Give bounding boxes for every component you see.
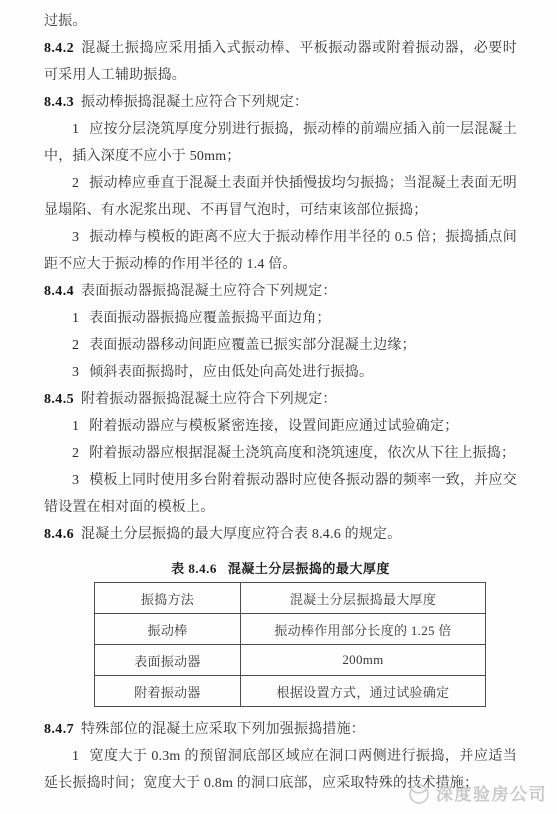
item-text: 应按分层浇筑厚度分别进行振捣，振动棒的前端应插入前一层混凝土中，插入深度不应小于… (44, 122, 517, 164)
section-text: 振动棒振捣混凝土应符合下列规定： (81, 95, 308, 110)
section-8-4-2: 8.4.2混凝土振捣应采用插入式振动棒、平板振动器或附着振动器，必要时可采用人工… (44, 35, 517, 89)
section-number: 8.4.7 (44, 722, 74, 737)
item-text: 附着振动器应根据混凝土浇筑高度和浇筑速度，依次从下往上振捣； (89, 446, 515, 461)
item-text: 附着振动器应与模板紧密连接，设置间距应通过试验确定； (89, 419, 458, 434)
item-number: 1 (72, 419, 79, 434)
clause-8-4-7-item-1: 1宽度大于 0.3m 的预留洞底部区域应在洞口两侧进行振捣，并应适当延长振捣时间… (44, 743, 517, 797)
item-text: 模板上同时使用多台附着振动器时应使各振动器的频率一致，并应交错设置在相对面的模板… (44, 473, 517, 515)
clause-8-4-5-item-2: 2附着振动器应根据混凝土浇筑高度和浇筑速度，依次从下往上振捣； (44, 440, 517, 467)
table-cell-value: 振动棒作用部分长度的 1.25 倍 (241, 614, 486, 645)
section-8-4-5: 8.4.5附着振动器振捣混凝土应符合下列规定： (44, 386, 517, 413)
table-cell-value: 根据设置方式，通过试验确定 (241, 676, 486, 707)
table-caption-title: 混凝土分层振捣的最大厚度 (228, 561, 390, 576)
table-row: 振动棒 振动棒作用部分长度的 1.25 倍 (95, 614, 486, 645)
table-caption: 表 8.4.6混凝土分层振捣的最大厚度 (44, 558, 517, 577)
section-8-4-3: 8.4.3振动棒振捣混凝土应符合下列规定： (44, 89, 517, 116)
item-text: 振动棒应垂直于混凝土表面并快插慢拔均匀振捣；当混凝土表面无明显塌陷、有水泥浆出现… (44, 176, 517, 218)
document-page: 过振。 8.4.2混凝土振捣应采用插入式振动棒、平板振动器或附着振动器，必要时可… (0, 0, 557, 814)
section-text: 混凝土分层振捣的最大厚度应符合表 8.4.6 的规定。 (81, 527, 401, 542)
item-text: 表面振动器振捣应覆盖振捣平面边角； (89, 311, 330, 326)
table-header-method: 振捣方法 (95, 583, 241, 614)
clause-8-4-4-item-1: 1表面振动器振捣应覆盖振捣平面边角； (44, 305, 517, 332)
section-text: 特殊部位的混凝土应采取下列加强振捣措施： (81, 722, 365, 737)
table-row: 附着振动器 根据设置方式，通过试验确定 (95, 676, 486, 707)
table-row: 表面振动器 200mm (95, 645, 486, 676)
item-number: 1 (72, 122, 79, 137)
section-text: 附着振动器振捣混凝土应符合下列规定： (81, 392, 337, 407)
clause-8-4-4-item-3: 3倾斜表面振捣时，应由低处向高处进行振捣。 (44, 359, 517, 386)
item-number: 2 (72, 338, 79, 353)
item-number: 3 (72, 230, 79, 245)
table-header-thickness: 混凝土分层振捣最大厚度 (241, 583, 486, 614)
section-number: 8.4.4 (44, 284, 74, 299)
item-text: 表面振动器移动间距应覆盖已振实部分混凝土边缘； (89, 338, 416, 353)
item-number: 3 (72, 365, 79, 380)
table-caption-label: 表 8.4.6 (171, 561, 217, 576)
section-text: 表面振动器振捣混凝土应符合下列规定： (81, 284, 337, 299)
section-number: 8.4.2 (44, 41, 74, 56)
table-cell-value: 200mm (241, 645, 486, 676)
item-number: 2 (72, 176, 79, 191)
clause-8-4-5-item-3: 3模板上同时使用多台附着振动器时应使各振动器的频率一致，并应交错设置在相对面的模… (44, 467, 517, 521)
section-8-4-4: 8.4.4表面振动器振捣混凝土应符合下列规定： (44, 278, 517, 305)
item-number: 1 (72, 749, 79, 764)
table-cell-method: 表面振动器 (95, 645, 241, 676)
table-cell-method: 附着振动器 (95, 676, 241, 707)
section-number: 8.4.3 (44, 95, 74, 110)
section-number: 8.4.6 (44, 527, 74, 542)
paragraph-continuation: 过振。 (44, 8, 517, 35)
section-number: 8.4.5 (44, 392, 74, 407)
max-layer-thickness-table: 振捣方法 混凝土分层振捣最大厚度 振动棒 振动棒作用部分长度的 1.25 倍 表… (94, 582, 486, 707)
item-number: 1 (72, 311, 79, 326)
clause-8-4-5-item-1: 1附着振动器应与模板紧密连接，设置间距应通过试验确定； (44, 413, 517, 440)
section-8-4-6: 8.4.6混凝土分层振捣的最大厚度应符合表 8.4.6 的规定。 (44, 521, 517, 548)
clause-8-4-4-item-2: 2表面振动器移动间距应覆盖已振实部分混凝土边缘； (44, 332, 517, 359)
table-cell-method: 振动棒 (95, 614, 241, 645)
item-text: 振动棒与模板的距离不应大于振动棒作用半径的 0.5 倍；振捣插点间距不应大于振动… (44, 230, 517, 272)
clause-8-4-3-item-3: 3振动棒与模板的距离不应大于振动棒作用半径的 0.5 倍；振捣插点间距不应大于振… (44, 224, 517, 278)
item-number: 2 (72, 446, 79, 461)
clause-8-4-3-item-1: 1应按分层浇筑厚度分别进行振捣，振动棒的前端应插入前一层混凝土中，插入深度不应小… (44, 116, 517, 170)
clause-8-4-3-item-2: 2振动棒应垂直于混凝土表面并快插慢拔均匀振捣；当混凝土表面无明显塌陷、有水泥浆出… (44, 170, 517, 224)
item-text: 倾斜表面振捣时，应由低处向高处进行振捣。 (89, 365, 373, 380)
table-header-row: 振捣方法 混凝土分层振捣最大厚度 (95, 583, 486, 614)
item-number: 3 (72, 473, 79, 488)
item-text: 宽度大于 0.3m 的预留洞底部区域应在洞口两侧进行振捣，并应适当延长振捣时间；… (44, 749, 517, 791)
section-text: 混凝土振捣应采用插入式振动棒、平板振动器或附着振动器，必要时可采用人工辅助振捣。 (44, 41, 517, 83)
section-8-4-7: 8.4.7特殊部位的混凝土应采取下列加强振捣措施： (44, 716, 517, 743)
